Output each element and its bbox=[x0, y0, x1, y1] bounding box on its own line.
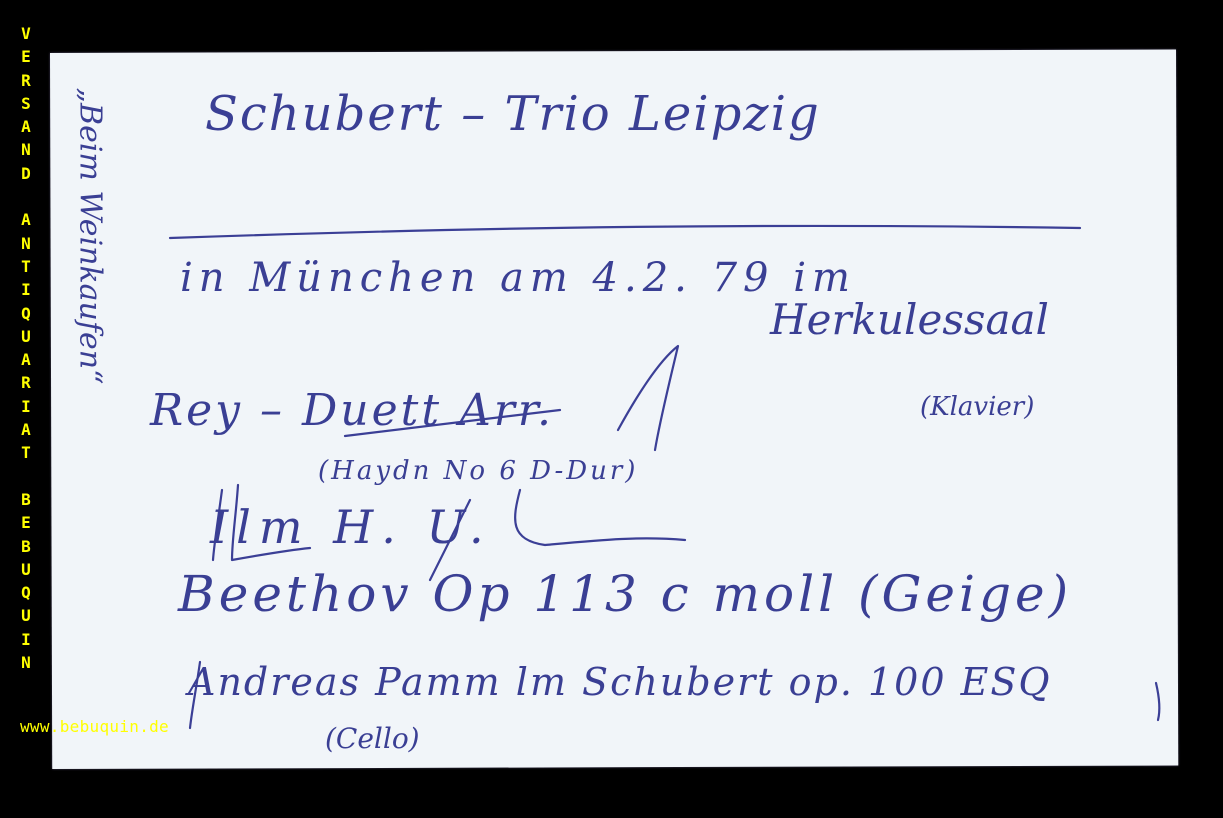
venue-line: Herkulessaal bbox=[770, 295, 1049, 344]
performer-1-note: (Haydn No 6 D-Dur) bbox=[318, 456, 638, 486]
watermark-letter: Q bbox=[16, 581, 36, 604]
watermark-letter: I bbox=[16, 395, 36, 418]
watermark-letter: Q bbox=[16, 302, 36, 325]
watermark-letter: S bbox=[16, 92, 36, 115]
watermark-letter: N bbox=[16, 651, 36, 674]
watermark-letter: D bbox=[16, 162, 36, 185]
side-note-handwriting: „Beim Weinkaufen“ bbox=[73, 88, 108, 548]
watermark-letter: A bbox=[16, 418, 36, 441]
watermark-letter: N bbox=[16, 232, 36, 255]
date-line: in München am 4.2. 79 im bbox=[180, 255, 856, 301]
watermark-url: www.bebuquin.de bbox=[20, 717, 169, 736]
watermark-letter: E bbox=[16, 511, 36, 534]
watermark-letter: B bbox=[16, 488, 36, 511]
performer-1-line: Rey – Duett Arr. bbox=[150, 385, 554, 436]
title-line: Schubert – Trio Leipzig bbox=[205, 86, 821, 142]
watermark-letter: B bbox=[16, 535, 36, 558]
signature-1: Ilm H. U. bbox=[210, 500, 492, 554]
watermark-letter: V bbox=[16, 22, 36, 45]
watermark-letter: T bbox=[16, 255, 36, 278]
watermark-letter: E bbox=[16, 45, 36, 68]
performer-1-role: (Klavier) bbox=[920, 392, 1034, 422]
watermark-vertical-text: VERSAND ANTIQUARIAT BEBUQUIN bbox=[16, 22, 36, 674]
watermark-letter: R bbox=[16, 69, 36, 92]
watermark-letter: U bbox=[16, 558, 36, 581]
watermark-letter bbox=[16, 465, 36, 488]
performer-2-line: Beethov Op 113 c moll (Geige) bbox=[178, 565, 1072, 623]
watermark-letter: A bbox=[16, 115, 36, 138]
performer-3-role: (Cello) bbox=[325, 722, 420, 755]
watermark-letter bbox=[16, 185, 36, 208]
watermark-letter: U bbox=[16, 325, 36, 348]
watermark-letter: U bbox=[16, 604, 36, 627]
performer-3-line: Andreas Pamm lm Schubert op. 100 ESQ bbox=[188, 660, 1052, 704]
watermark-letter: A bbox=[16, 348, 36, 371]
watermark-letter: A bbox=[16, 208, 36, 231]
watermark-letter: I bbox=[16, 278, 36, 301]
watermark-letter: T bbox=[16, 441, 36, 464]
watermark-letter: I bbox=[16, 628, 36, 651]
watermark-letter: N bbox=[16, 138, 36, 161]
watermark-letter: R bbox=[16, 371, 36, 394]
